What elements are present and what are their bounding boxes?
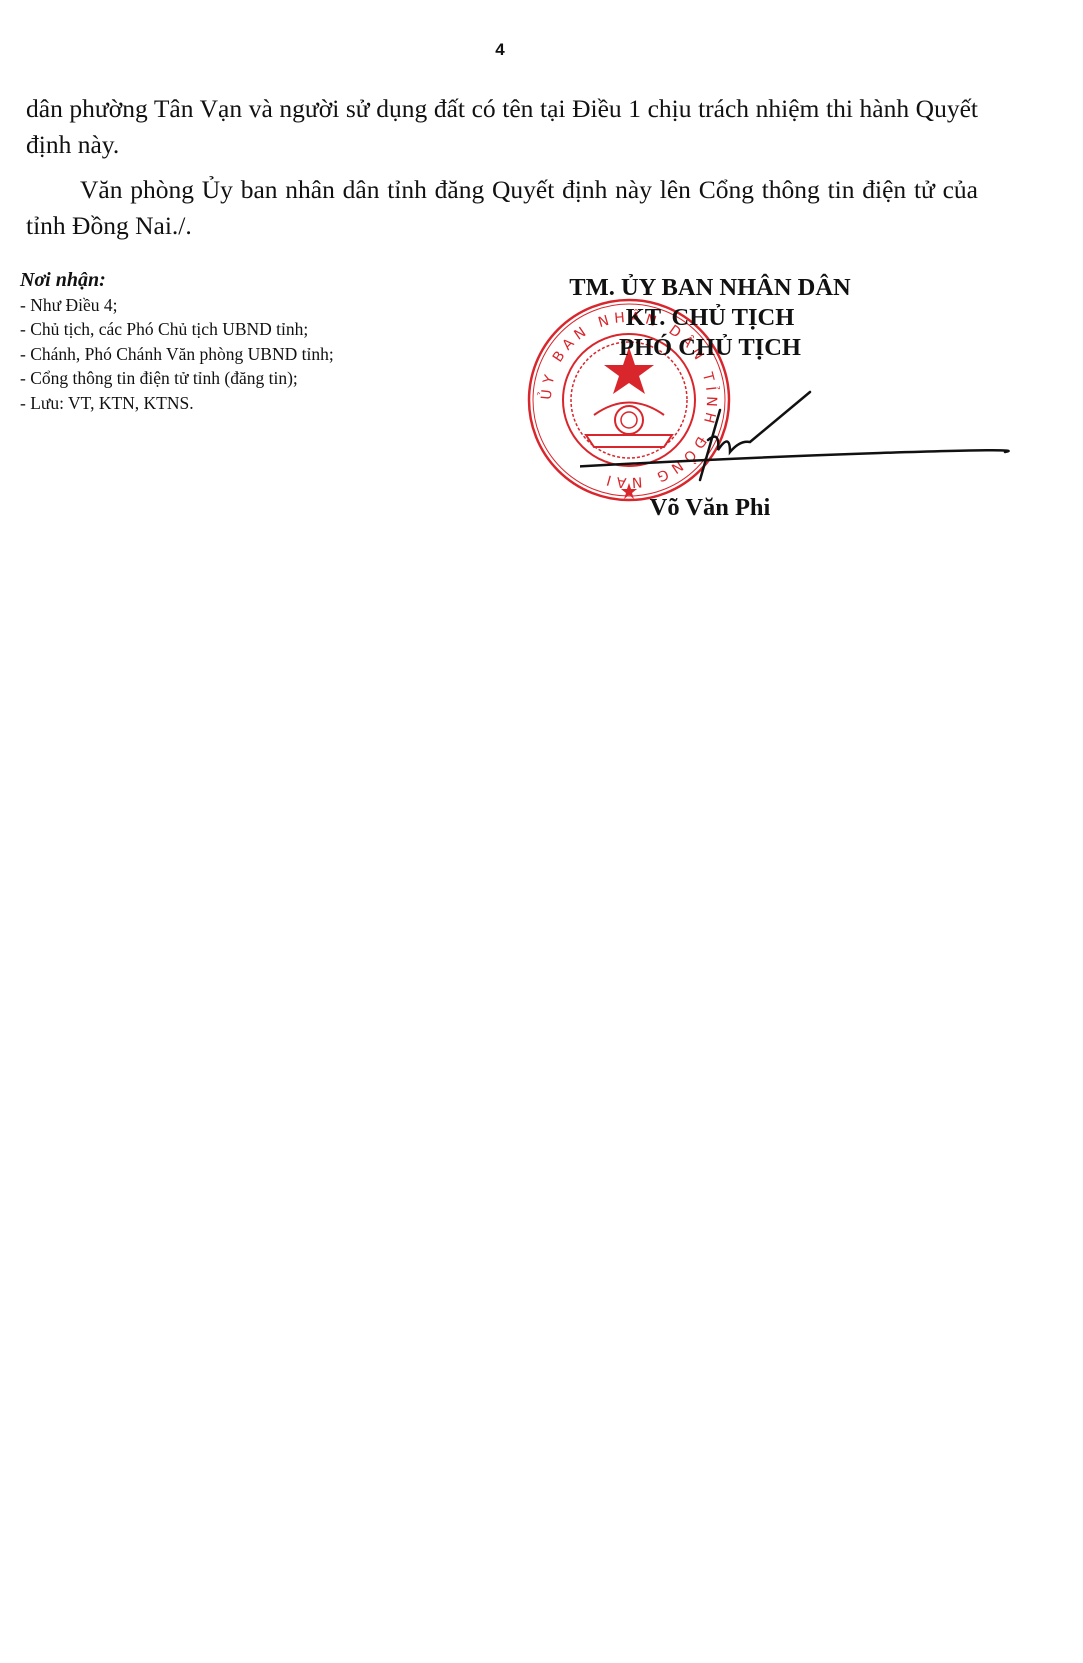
signature-line-title: PHÓ CHỦ TỊCH [560, 333, 860, 363]
paragraph-execution: dân phường Tân Vạn và người sử dụng đất … [26, 91, 978, 163]
recipients-list: Nơi nhận: - Như Điều 4; - Chủ tịch, các … [20, 268, 334, 415]
recipient-item: - Chủ tịch, các Phó Chủ tịch UBND tỉnh; [20, 317, 334, 342]
recipient-item: - Như Điều 4; [20, 293, 334, 318]
signature-line-on-behalf: KT. CHỦ TỊCH [560, 303, 860, 333]
handwritten-signature-icon [580, 380, 1020, 500]
signature-line-authority: TM. ỦY BAN NHÂN DÂN [560, 273, 860, 303]
page-number: 4 [0, 40, 1000, 60]
recipient-item: - Lưu: VT, KTN, KTNS. [20, 391, 334, 416]
recipient-item: - Chánh, Phó Chánh Văn phòng UBND tỉnh; [20, 342, 334, 367]
signature-block: TM. ỦY BAN NHÂN DÂN KT. CHỦ TỊCH PHÓ CHỦ… [560, 273, 860, 363]
recipients-title: Nơi nhận: [20, 268, 334, 293]
paragraph-publication: Văn phòng Ủy ban nhân dân tỉnh đăng Quyế… [26, 172, 978, 244]
recipient-item: - Cổng thông tin điện tử tỉnh (đăng tin)… [20, 366, 334, 391]
